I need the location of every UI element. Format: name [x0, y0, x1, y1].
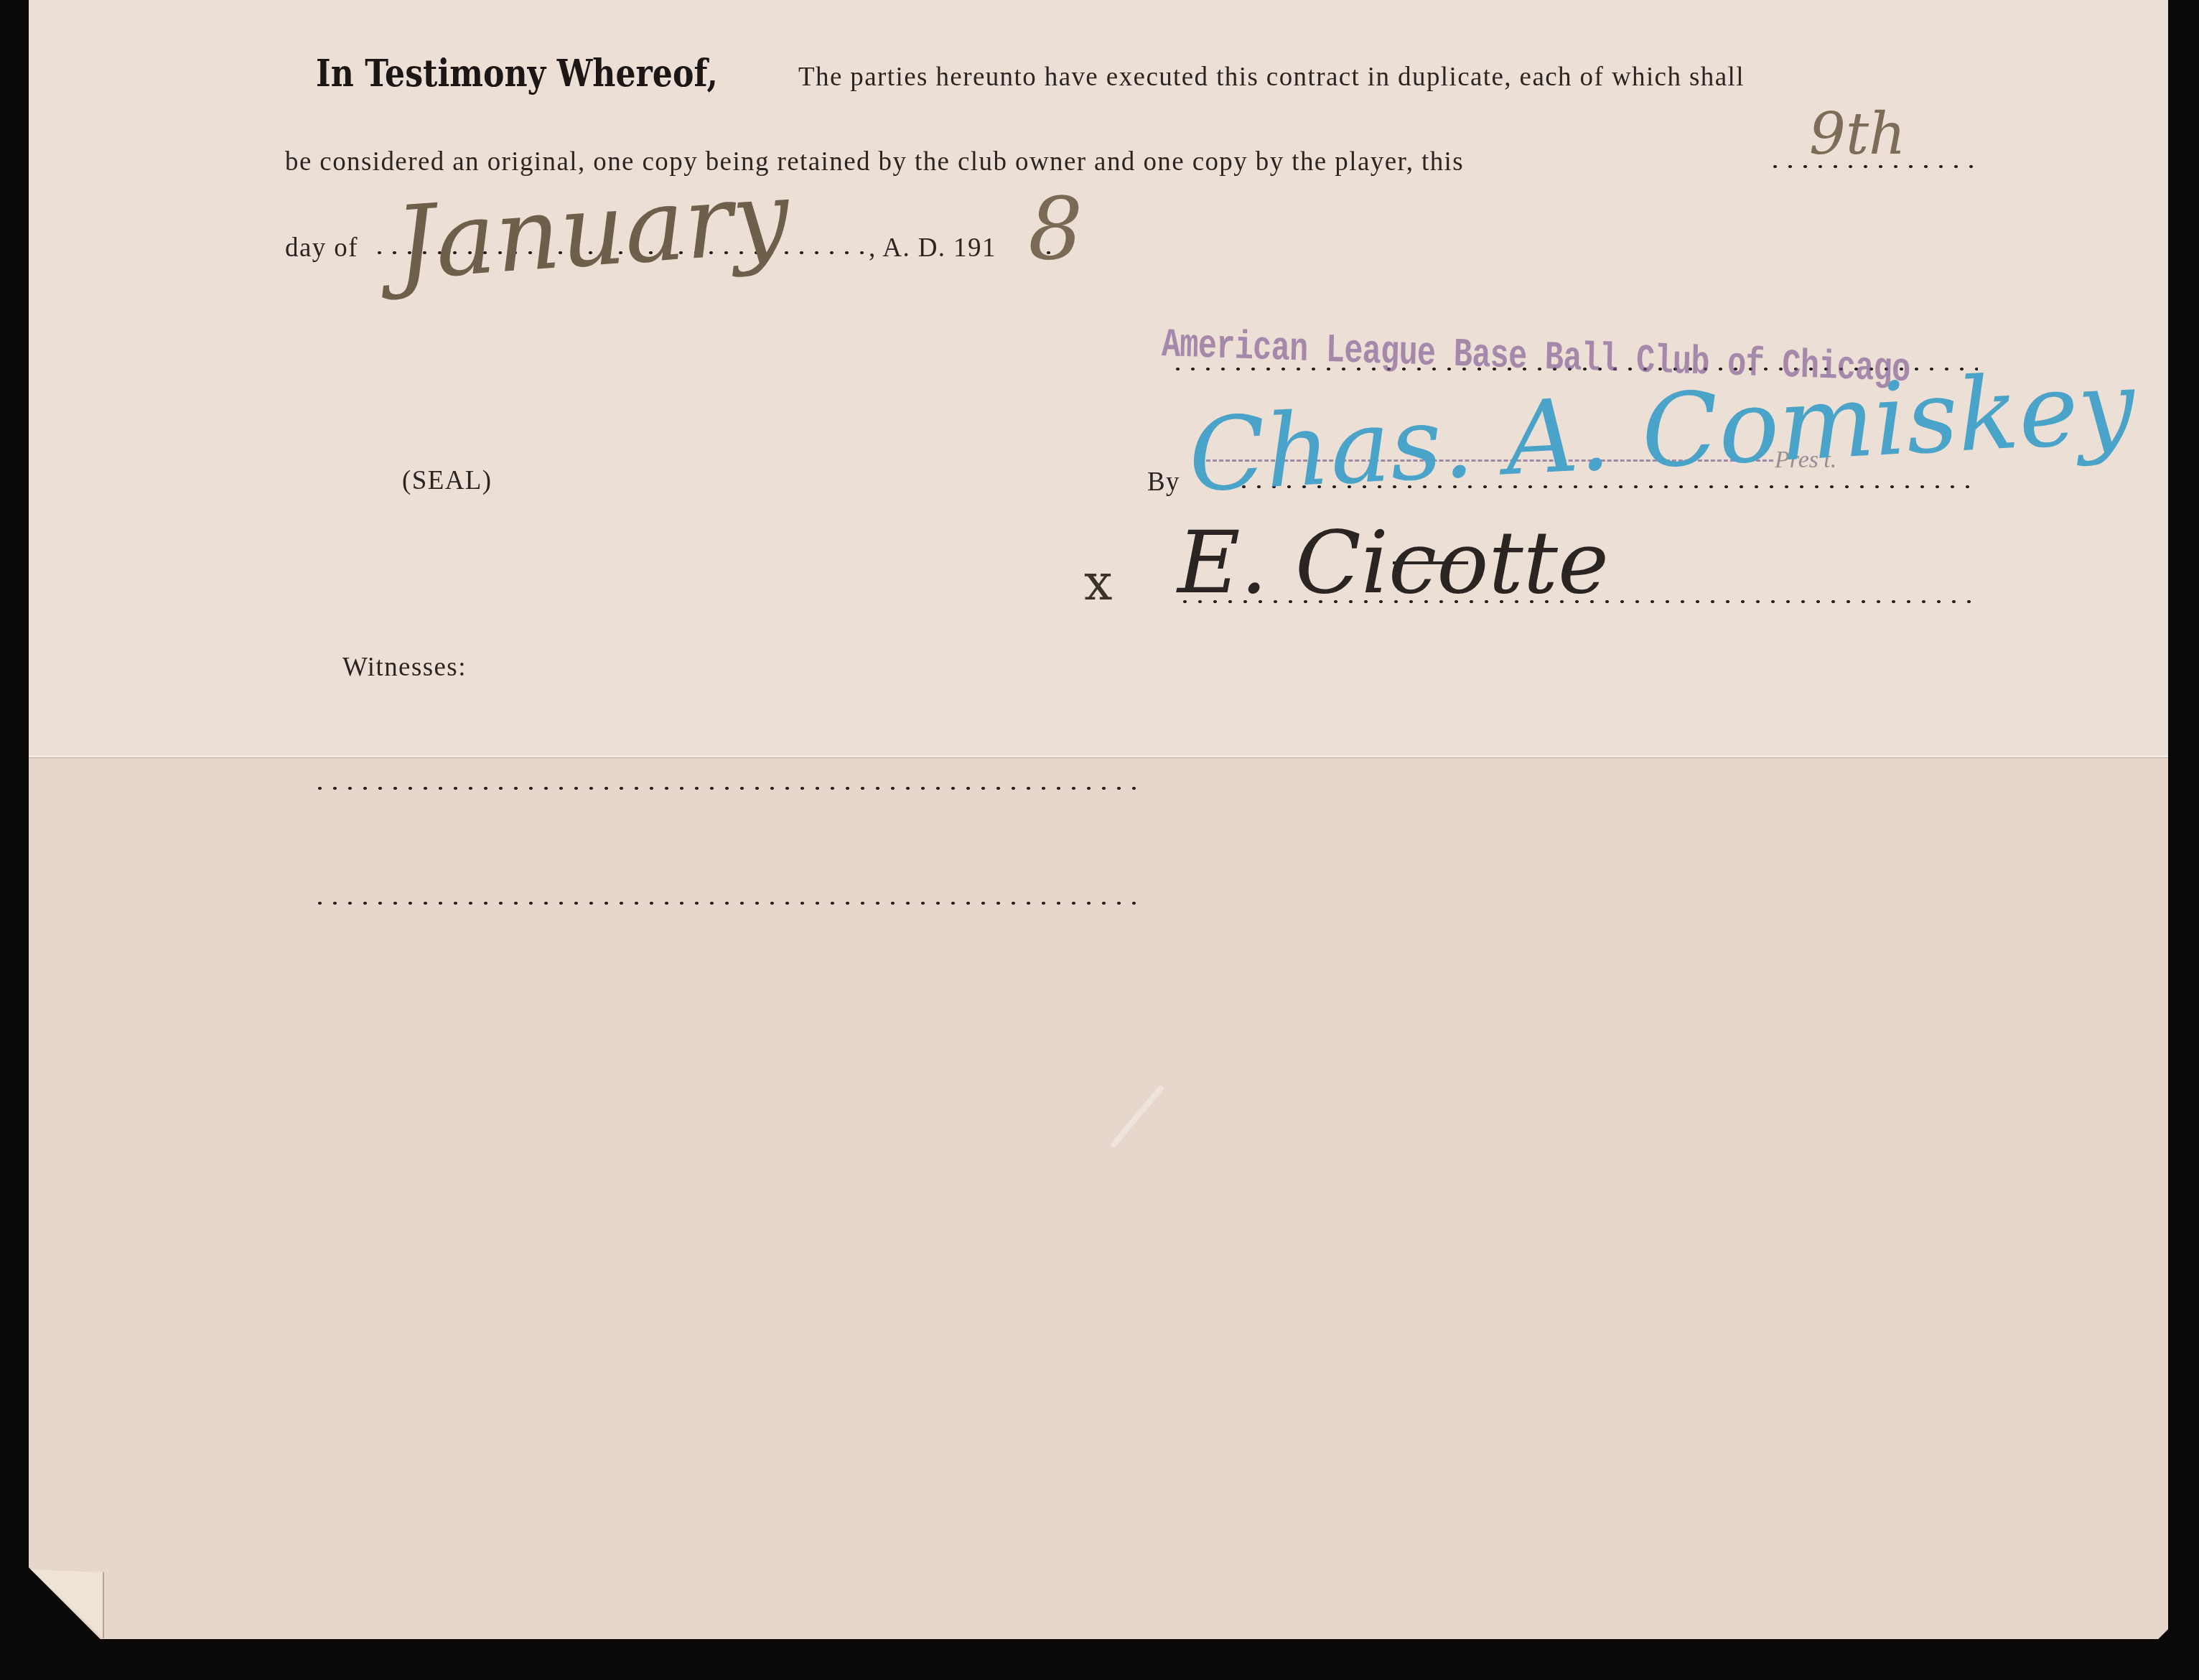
clause-line-2: be considered an original, one copy bein… — [285, 146, 1464, 177]
seal-label: (SEAL) — [402, 465, 492, 496]
witness-line-2 — [312, 902, 1145, 905]
signature-flourish — [1393, 561, 1468, 564]
day-of-label: day of — [285, 233, 358, 263]
heading-blackletter: In Testimony Whereof, — [316, 52, 718, 95]
year-prefix: , A. D. 191 — [869, 233, 996, 263]
clause-line-1: The parties hereunto have executed this … — [798, 62, 1745, 93]
lower-fold-panel — [29, 757, 2168, 1639]
president-signature: Chas. A. Comiskey — [1186, 349, 2138, 515]
fold-crease — [29, 755, 2168, 760]
witness-line-1 — [312, 787, 1145, 790]
x-mark: x — [1084, 553, 1112, 612]
witnesses-label: Witnesses: — [342, 652, 467, 683]
handwritten-month: January — [391, 159, 793, 303]
contract-page: In Testimony Whereof, The parties hereun… — [29, 0, 2168, 1639]
handwritten-year-digit: 8 — [1028, 179, 1083, 279]
handwritten-day: 9th — [1809, 101, 1906, 167]
by-label: By — [1147, 467, 1180, 498]
